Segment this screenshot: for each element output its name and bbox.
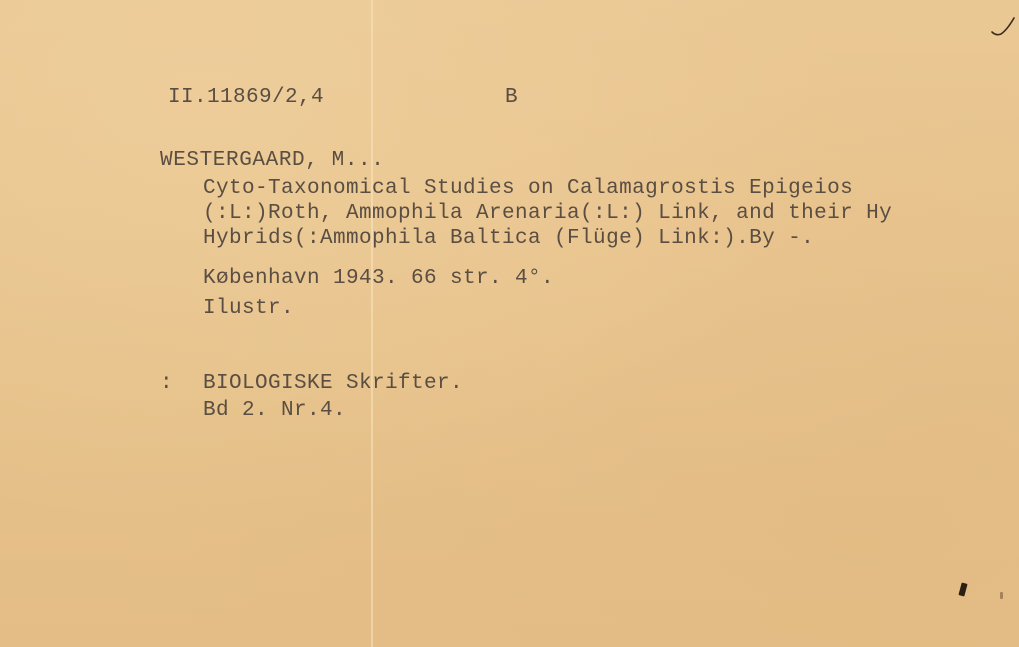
series-marker: : (160, 373, 173, 395)
series-title: BIOLOGISKE Skrifter. (203, 373, 463, 395)
ink-smudge (1000, 592, 1003, 599)
catalog-card: II.11869/2,4 B WESTERGAARD, M... Cyto-Ta… (0, 0, 1019, 647)
title-line-2: (:L:)Roth, Ammophila Arenaria(:L:) Link,… (203, 203, 892, 225)
series-volume: Bd 2. Nr.4. (203, 400, 346, 422)
checkmark-icon (990, 14, 1019, 38)
card-fold-line (371, 0, 373, 647)
classmark: B (505, 87, 518, 109)
imprint: København 1943. 66 str. 4°. (203, 268, 554, 290)
title-line-3: Hybrids(:Ammophila Baltica (Flüge) Link:… (203, 228, 814, 250)
title-line-1: Cyto-Taxonomical Studies on Calamagrosti… (203, 178, 853, 200)
shelfmark: II.11869/2,4 (168, 87, 324, 109)
ink-spot (958, 582, 967, 596)
illustrations-note: Ilustr. (203, 298, 294, 320)
author-heading: WESTERGAARD, M... (160, 150, 384, 172)
